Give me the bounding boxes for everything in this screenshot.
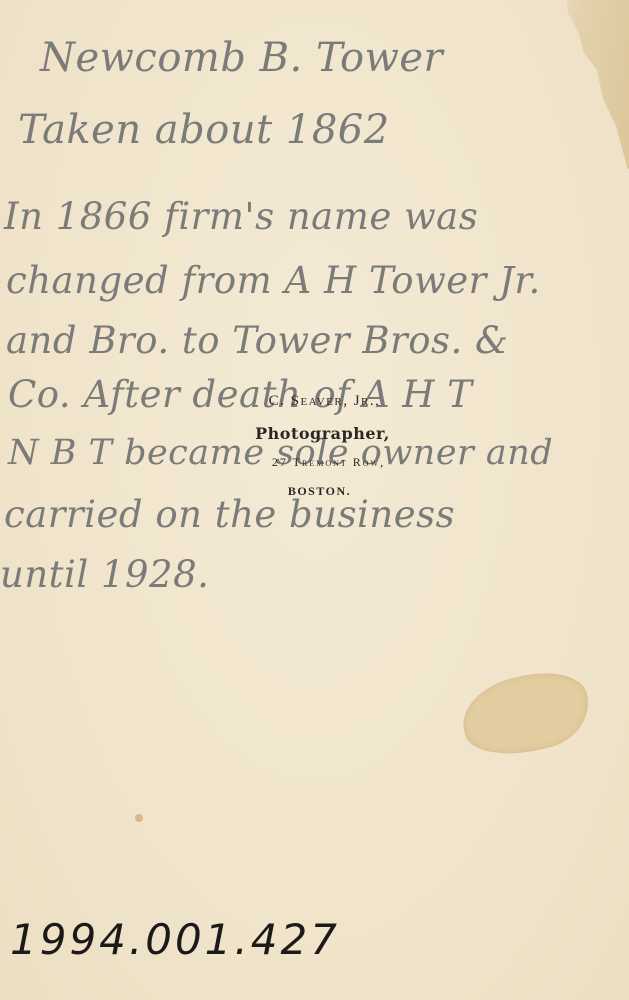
studio-address: 27 Tremont Row, bbox=[28, 455, 629, 470]
note-line: In 1866 firm's name was bbox=[4, 198, 478, 235]
foxing-spot bbox=[135, 814, 143, 822]
note-line: carried on the business bbox=[4, 496, 455, 533]
water-stain-right-edge bbox=[540, 0, 629, 175]
accession-number: 1994.001.427 bbox=[10, 915, 340, 964]
photographer-imprint: C. Seaver, Jr., Photographer, 27 Tremont… bbox=[0, 393, 629, 499]
note-line-date: Taken about 1862 bbox=[18, 110, 390, 150]
note-line-name: Newcomb B. Tower bbox=[40, 38, 443, 78]
studio-city: BOSTON. bbox=[10, 484, 629, 499]
note-line: changed from A H Tower Jr. bbox=[6, 262, 541, 299]
note-line: and Bro. to Tower Bros. & bbox=[6, 322, 508, 359]
note-line: until 1928. bbox=[0, 556, 209, 593]
water-stain-blob bbox=[455, 662, 598, 767]
photo-card-back: Newcomb B. Tower Taken about 1862 In 186… bbox=[0, 0, 629, 1000]
studio-name: C. Seaver, Jr., bbox=[20, 393, 629, 410]
studio-role: Photographer, bbox=[16, 424, 629, 443]
